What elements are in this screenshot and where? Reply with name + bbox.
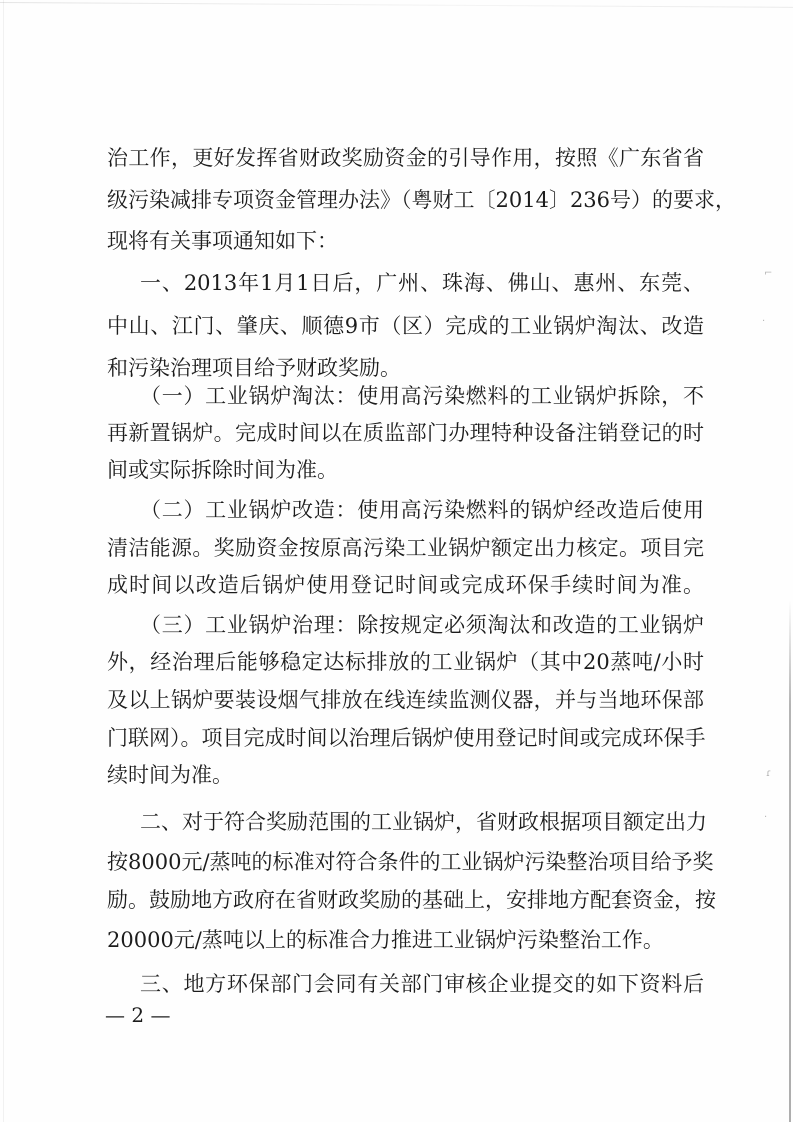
- scan-speck: ⌐: [764, 268, 772, 279]
- body-line: 门联网）。项目完成时间以治理后锅炉使用登记时间或完成环保手: [107, 724, 704, 752]
- section-heading-line: 一、2013年1月1日后，广州、珠海、佛山、惠州、东莞、: [140, 269, 704, 297]
- body-line: 励。鼓励地方政府在省财政奖励的基础上，安排地方配套资金，按: [107, 886, 704, 914]
- scan-edge-left: [3, 0, 4, 1122]
- scan-speck: ɾ: [766, 768, 771, 779]
- section-heading-line: 二、对于符合奖励范围的工业锅炉，省财政根据项目额定出力: [140, 808, 704, 836]
- scan-edge-top: [0, 2, 793, 8]
- body-line: 中山、江门、肇庆、顺德9市（区）完成的工业锅炉淘汰、改造: [107, 312, 704, 340]
- subsection-line: （一）工业锅炉淘汰：使用高污染燃料的工业锅炉拆除，不: [140, 382, 704, 410]
- body-line: 成时间以改造后锅炉使用登记时间或完成环保手续时间为准。: [107, 571, 704, 599]
- body-line: 20000元/蒸吨以上的标准合力推进工业锅炉污染整治工作。: [107, 926, 704, 954]
- body-line: 续时间为准。: [107, 761, 704, 789]
- body-line: 再新置锅炉。完成时间以在质监部门办理特种设备注销登记的时: [107, 419, 704, 447]
- document-page: 治工作，更好发挥省财政奖励资金的引导作用，按照《广东省省 级污染减排专项资金管理…: [0, 0, 793, 1122]
- body-line: 和污染治理项目给予财政奖励。: [107, 354, 704, 382]
- body-line: 及以上锅炉要装设烟气排放在线连续监测仪器，并与当地环保部: [107, 686, 704, 714]
- page-number: — 2 —: [105, 1002, 170, 1028]
- subsection-line: （二）工业锅炉改造：使用高污染燃料的锅炉经改造后使用: [140, 496, 704, 524]
- subsection-line: （三）工业锅炉治理：除按规定必须淘汰和改造的工业锅炉: [140, 611, 704, 639]
- body-line: 间或实际拆除时间为准。: [107, 456, 704, 484]
- body-line: 现将有关事项通知如下：: [107, 227, 704, 255]
- body-line: 清洁能源。奖励资金按原高污染工业锅炉额定出力核定。项目完: [107, 534, 704, 562]
- body-line: 级污染减排专项资金管理办法》（粤财工〔2014〕236号）的要求，: [107, 186, 704, 214]
- scan-edge-right: [789, 600, 791, 1122]
- scan-speck: ·: [762, 316, 765, 327]
- scan-speck: ·: [764, 812, 767, 823]
- body-line: 按8000元/蒸吨的标准对符合条件的工业锅炉污染整治项目给予奖: [107, 848, 704, 876]
- section-heading-line: 三、地方环保部门会同有关部门审核企业提交的如下资料后: [140, 970, 704, 998]
- body-line: 治工作，更好发挥省财政奖励资金的引导作用，按照《广东省省: [107, 144, 704, 172]
- body-line: 外，经治理后能够稳定达标排放的工业锅炉（其中20蒸吨/小时: [107, 648, 704, 676]
